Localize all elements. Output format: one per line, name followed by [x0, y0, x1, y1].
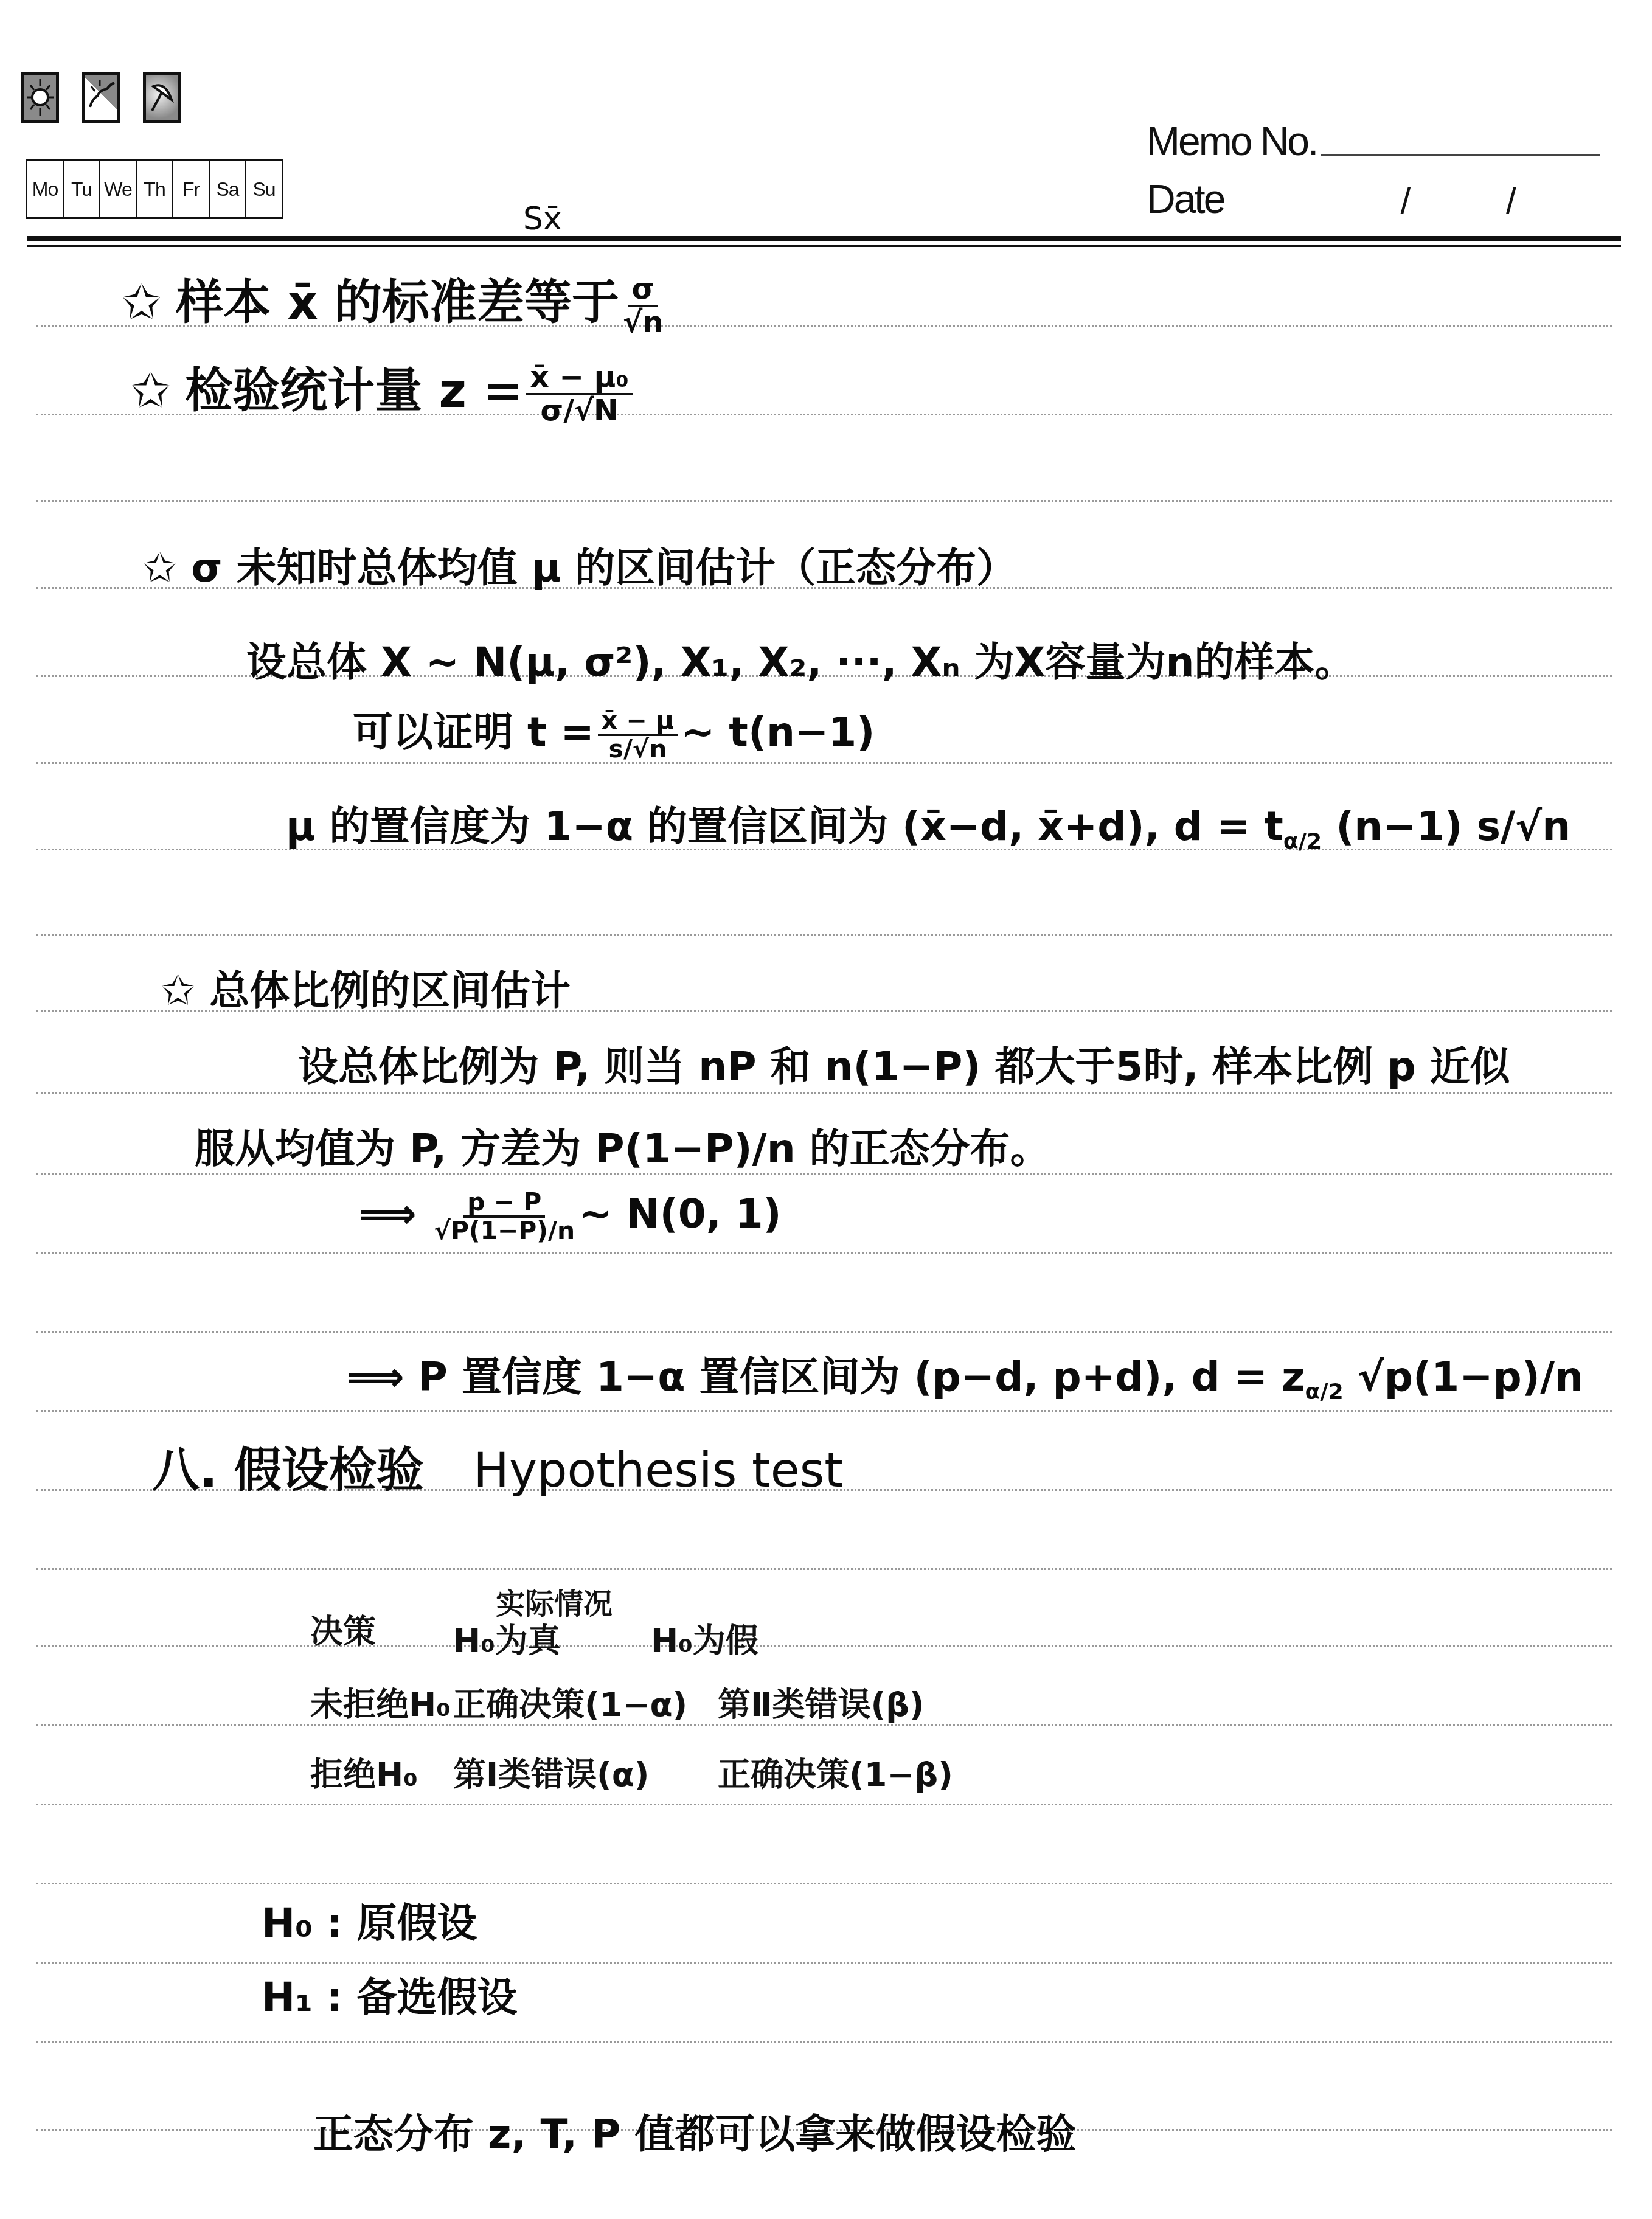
table-header-decision: 决策	[310, 1606, 376, 1653]
note-alternative-hypothesis: H₁ : 备选假设	[262, 1965, 518, 2023]
ruled-line	[36, 1092, 1612, 1094]
date-separator: /	[1400, 180, 1409, 222]
fraction: p − P√P(1−P)/n	[434, 1189, 575, 1244]
memo-no-field[interactable]	[1321, 154, 1600, 156]
date-separator: /	[1506, 180, 1515, 222]
ruled-line	[36, 1883, 1612, 1884]
weather-icons	[21, 72, 181, 123]
header-divider	[27, 236, 1621, 241]
ruled-line	[36, 1962, 1612, 1964]
star-icon: ✩	[161, 967, 195, 1014]
ruled-line	[36, 1645, 1612, 1647]
ruled-line	[36, 2041, 1612, 2043]
note-proportion-confidence-interval: ⟹ P 置信度 1−α 置信区间为 (p−d, p+d), d = zα/2 √…	[347, 1344, 1583, 1405]
ruled-line	[36, 762, 1612, 764]
section-title-sigma-unknown: ✩σ 未知时总体均值 μ 的区间估计（正态分布）	[143, 535, 1016, 593]
table-row-label: 拒绝H₀	[310, 1749, 418, 1796]
date-label: Date	[1147, 176, 1224, 222]
ruled-line	[36, 1331, 1612, 1333]
ruled-line	[36, 934, 1612, 936]
implies-icon: ⟹	[347, 1353, 404, 1400]
table-cell: 正确决策(1−α)	[453, 1679, 687, 1726]
ruled-line	[36, 1252, 1612, 1254]
day-th[interactable]: Th	[137, 161, 173, 217]
fraction: σ√n	[623, 274, 664, 338]
star-icon: ✩	[143, 544, 176, 591]
day-sa[interactable]: Sa	[210, 161, 246, 217]
note-null-hypothesis: H₀ : 原假设	[262, 1891, 477, 1948]
umbrella-icon	[143, 72, 181, 123]
table-cell: 第Ⅱ类错误(β)	[718, 1679, 925, 1726]
ruled-line	[36, 1804, 1612, 1805]
sun-icon	[21, 72, 59, 123]
ruled-line	[36, 1410, 1612, 1412]
memo-no-label: Memo No.	[1147, 118, 1317, 164]
section-title-proportion: ✩总体比例的区间估计	[161, 958, 571, 1016]
ruled-line	[36, 1568, 1612, 1570]
header-divider	[27, 245, 1621, 247]
note-test-methods: 正态分布 z, T, P 值都可以拿来做假设检验	[313, 2102, 1076, 2159]
section-title-hypothesis-test: 八. 假设检验 Hypothesis test	[152, 1432, 843, 1501]
note-proportion-distribution: 服从均值为 P, 方差为 P(1−P)/n 的正态分布。	[195, 1116, 1050, 1174]
star-icon: ✩	[122, 276, 161, 330]
day-we[interactable]: We	[100, 161, 137, 217]
ruled-line	[36, 500, 1612, 502]
table-header-h0-false: H₀为假	[651, 1615, 758, 1662]
table-cell: 第Ⅰ类错误(α)	[453, 1749, 650, 1796]
note-proportion-condition: 设总体比例为 P, 则当 nP 和 n(1−P) 都大于5时, 样本比例 p 近…	[298, 1034, 1510, 1092]
note-t-distribution: 可以证明 t =x̄ − μs/√n~ t(n−1)	[353, 700, 875, 762]
table-header-h0-true: H₀为真	[453, 1615, 561, 1662]
weekday-selector: Mo Tu We Th Fr Sa Su	[26, 159, 283, 219]
note-proportion-standardized: ⟹ p − P√P(1−P)/n~ N(0, 1)	[359, 1189, 782, 1244]
table-row-label: 未拒绝H₀	[310, 1679, 451, 1726]
annotation-sx: Sx̄	[523, 201, 562, 237]
note-population-def: 设总体 X ~ N(μ, σ²), X₁, X₂, ···, Xₙ 为X容量为n…	[246, 630, 1355, 687]
note-test-statistic: ✩检验统计量 z =x̄ − μ₀σ/√N	[131, 353, 636, 426]
star-icon: ✩	[131, 364, 170, 418]
day-mo[interactable]: Mo	[27, 161, 64, 217]
note-mean-confidence-interval: μ 的置信度为 1−α 的置信区间为 (x̄−d, x̄+d), d = tα/…	[286, 794, 1570, 854]
day-tu[interactable]: Tu	[64, 161, 100, 217]
memo-header: Memo No. Date / /	[1147, 106, 1600, 222]
day-su[interactable]: Su	[246, 161, 282, 217]
table-cell: 正确决策(1−β)	[718, 1749, 953, 1796]
partly-cloudy-icon	[82, 72, 120, 123]
fraction: x̄ − μ₀σ/√N	[526, 362, 632, 426]
note-sample-mean-std: ✩样本 x̄ 的标准差等于σ√n	[122, 265, 667, 338]
fraction: x̄ − μs/√n	[598, 707, 678, 762]
day-fr[interactable]: Fr	[173, 161, 210, 217]
implies-icon: ⟹	[359, 1190, 417, 1237]
